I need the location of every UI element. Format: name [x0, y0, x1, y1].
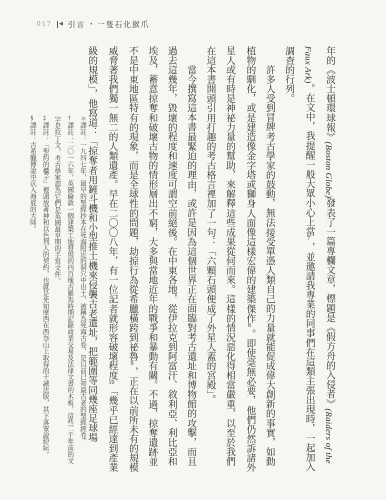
footnote-item: ‡譯註：「聖約的櫃子」裡頭放著神和以色列人的契約，也就是先知摩西在西奈山上取得的… [38, 116, 51, 468]
left-triangle-icon: ◀ [59, 22, 63, 27]
body-text: 年的《波士頓環球報》(Boston Globe)發表了一篇專欄文章，標題是《假方… [82, 46, 339, 474]
page-title: 一隻石化猴爪 [97, 21, 149, 29]
divider-bar [57, 21, 58, 28]
footnote-item: ＊譯註：一九四七年，最早的聖經抄本在死海附近的洞穴中出土，被稱為死海古卷，是目前… [75, 116, 88, 468]
paragraph: 當今撰寫這本書最緊迫的理由，或許是因為這個世界正在面臨對考古遺址和博物館的攻擊，… [82, 46, 200, 474]
footnote-text: 譯註：一九四七年，最早的聖經抄本在死海附近的洞穴中出土，被稱為死海古卷，是目前已… [79, 122, 86, 445]
header-bullet: • [90, 22, 92, 28]
footnote-text: 譯註：二〇一六年，英國倫敦一個建築工地發現的四百塊古羅馬時期記錄商業交易及法律文… [53, 116, 73, 464]
section-marker-icon: ◀ [57, 21, 63, 28]
footnote-text: 譯註：「聖約的櫃子」裡頭放著神和以色列人的契約，也就是先知摩西在西奈山上取得的十… [42, 122, 49, 457]
footnote-item: †譯註：二〇一六年，英國倫敦一個建築工地發現的四百塊古羅馬時期記錄商業交易及法律… [51, 116, 76, 468]
book-page: 017 ◀ 引言 • 一隻石化猴爪 年的《波士頓環球報》(Boston Glob… [0, 0, 386, 500]
footnote-item: §譯註：古希臘傳說中沉入海底的大陸。 [25, 116, 38, 468]
paragraph: 年的《波士頓環球報》(Boston Globe)發表了一篇專欄文章，標題是《假方… [279, 46, 339, 474]
translator-footnotes: ＊譯註：一九四七年，最早的聖經抄本在死海附近的洞穴中出土，被稱為死海古卷，是目前… [25, 116, 88, 468]
paragraph: 許多人受到冒牌考古學家的鼓動，無法接受單憑人類自己的力量就能促成偉大創新的事實，… [200, 46, 279, 474]
footnote-text: 譯註：古希臘傳說中沉入海底的大陸。 [29, 122, 36, 232]
page-number: 017 [37, 21, 52, 28]
header-section: 引言 [68, 21, 85, 29]
running-head: 017 ◀ 引言 • 一隻石化猴爪 [37, 21, 150, 29]
